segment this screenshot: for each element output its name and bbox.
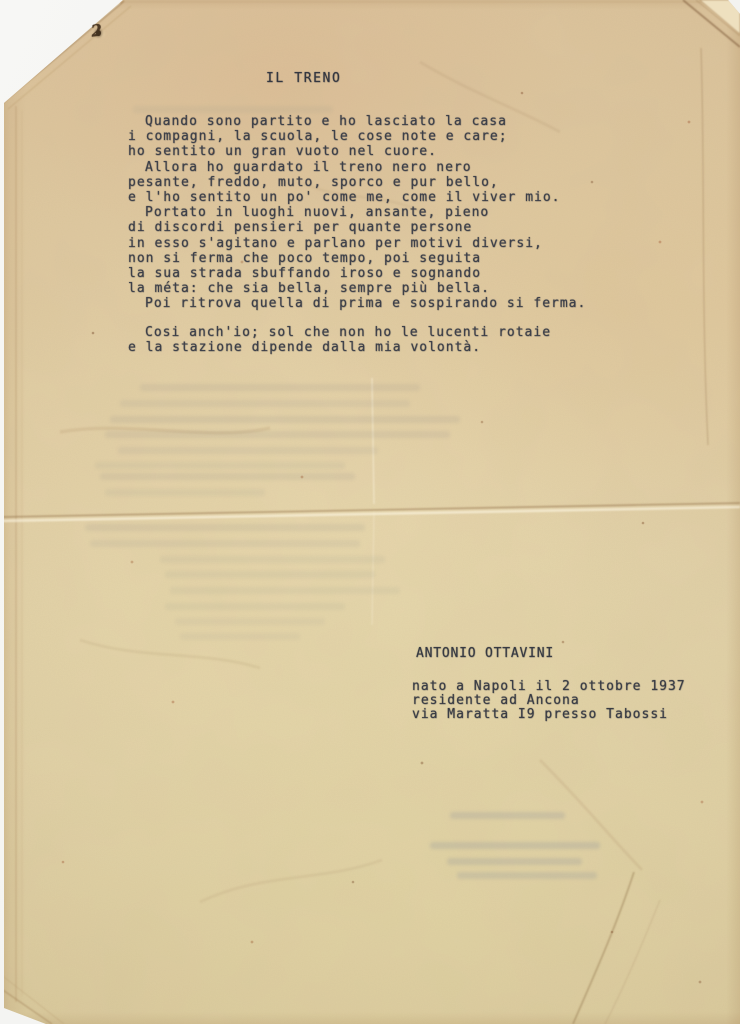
pin-hole xyxy=(96,30,101,36)
poem-line: pesante, freddo, muto, sporco e pur bell… xyxy=(128,175,586,190)
poem-line: Allora ho guardato il treno nero nero xyxy=(128,160,586,175)
poem-line: e la stazione dipende dalla mia volontà. xyxy=(128,340,586,355)
poem-line: e l'ho sentito un po' come me, come il v… xyxy=(128,190,586,205)
poem-line: non si ferma che poco tempo, poi seguita xyxy=(128,251,586,266)
ghost-text-line xyxy=(85,524,365,531)
ghost-text-line xyxy=(133,106,333,113)
poem-line: Poi ritrova quella di prima e sospirando… xyxy=(128,296,586,311)
ghost-text-line xyxy=(180,633,300,640)
ghost-text-line xyxy=(175,618,325,625)
poem-title: IL TRENO xyxy=(266,71,341,86)
ghost-text-line xyxy=(118,447,378,454)
ghost-text-line xyxy=(430,842,600,849)
poem-line: Portato in luoghi nuovi, ansante, pieno xyxy=(128,205,586,220)
ghost-text-line xyxy=(100,473,355,480)
ghost-text-line xyxy=(105,431,450,438)
poem-line: i compagni, la scuola, le cose note e ca… xyxy=(128,129,586,144)
poem-line: in esso s'agitano e parlano per motivi d… xyxy=(128,236,586,251)
scanned-document: 2 IL TRENO Quando sono partito e ho lasc… xyxy=(0,0,740,1024)
ghost-text-line xyxy=(105,489,265,496)
ghost-text-line xyxy=(140,384,420,391)
poem-line: la méta: che sia bella, sempre più bella… xyxy=(128,281,586,296)
poem-line: la sua strada sbuffando iroso e sognando xyxy=(128,266,586,281)
author-detail-line: via Maratta I9 presso Tabossi xyxy=(412,708,686,722)
ghost-text-line xyxy=(457,872,597,879)
ghost-text-line xyxy=(447,858,582,865)
poem-line: Cosi anch'io; sol che non ho le lucenti … xyxy=(128,325,586,340)
ghost-text-line xyxy=(170,587,400,594)
author-details: nato a Napoli il 2 ottobre 1937residente… xyxy=(412,680,686,723)
ghost-text-line xyxy=(95,462,345,469)
ghost-text-line xyxy=(120,400,410,407)
author-name: ANTONIO OTTAVINI xyxy=(416,646,554,661)
ghost-text-line xyxy=(160,556,385,563)
poem-body: Quando sono partito e ho lasciato la cas… xyxy=(128,114,586,355)
poem-line: ho sentito un gran vuoto nel cuore. xyxy=(128,144,586,159)
ghost-text-line xyxy=(165,571,375,578)
poem-line: Quando sono partito e ho lasciato la cas… xyxy=(128,114,586,129)
ghost-text-line xyxy=(165,603,345,610)
ghost-text-line xyxy=(90,540,360,547)
poem-line: di discordi pensieri per quante persone xyxy=(128,220,586,235)
paper-specks xyxy=(0,0,2,2)
ghost-text-line xyxy=(110,416,460,423)
ghost-text-line xyxy=(450,812,565,819)
